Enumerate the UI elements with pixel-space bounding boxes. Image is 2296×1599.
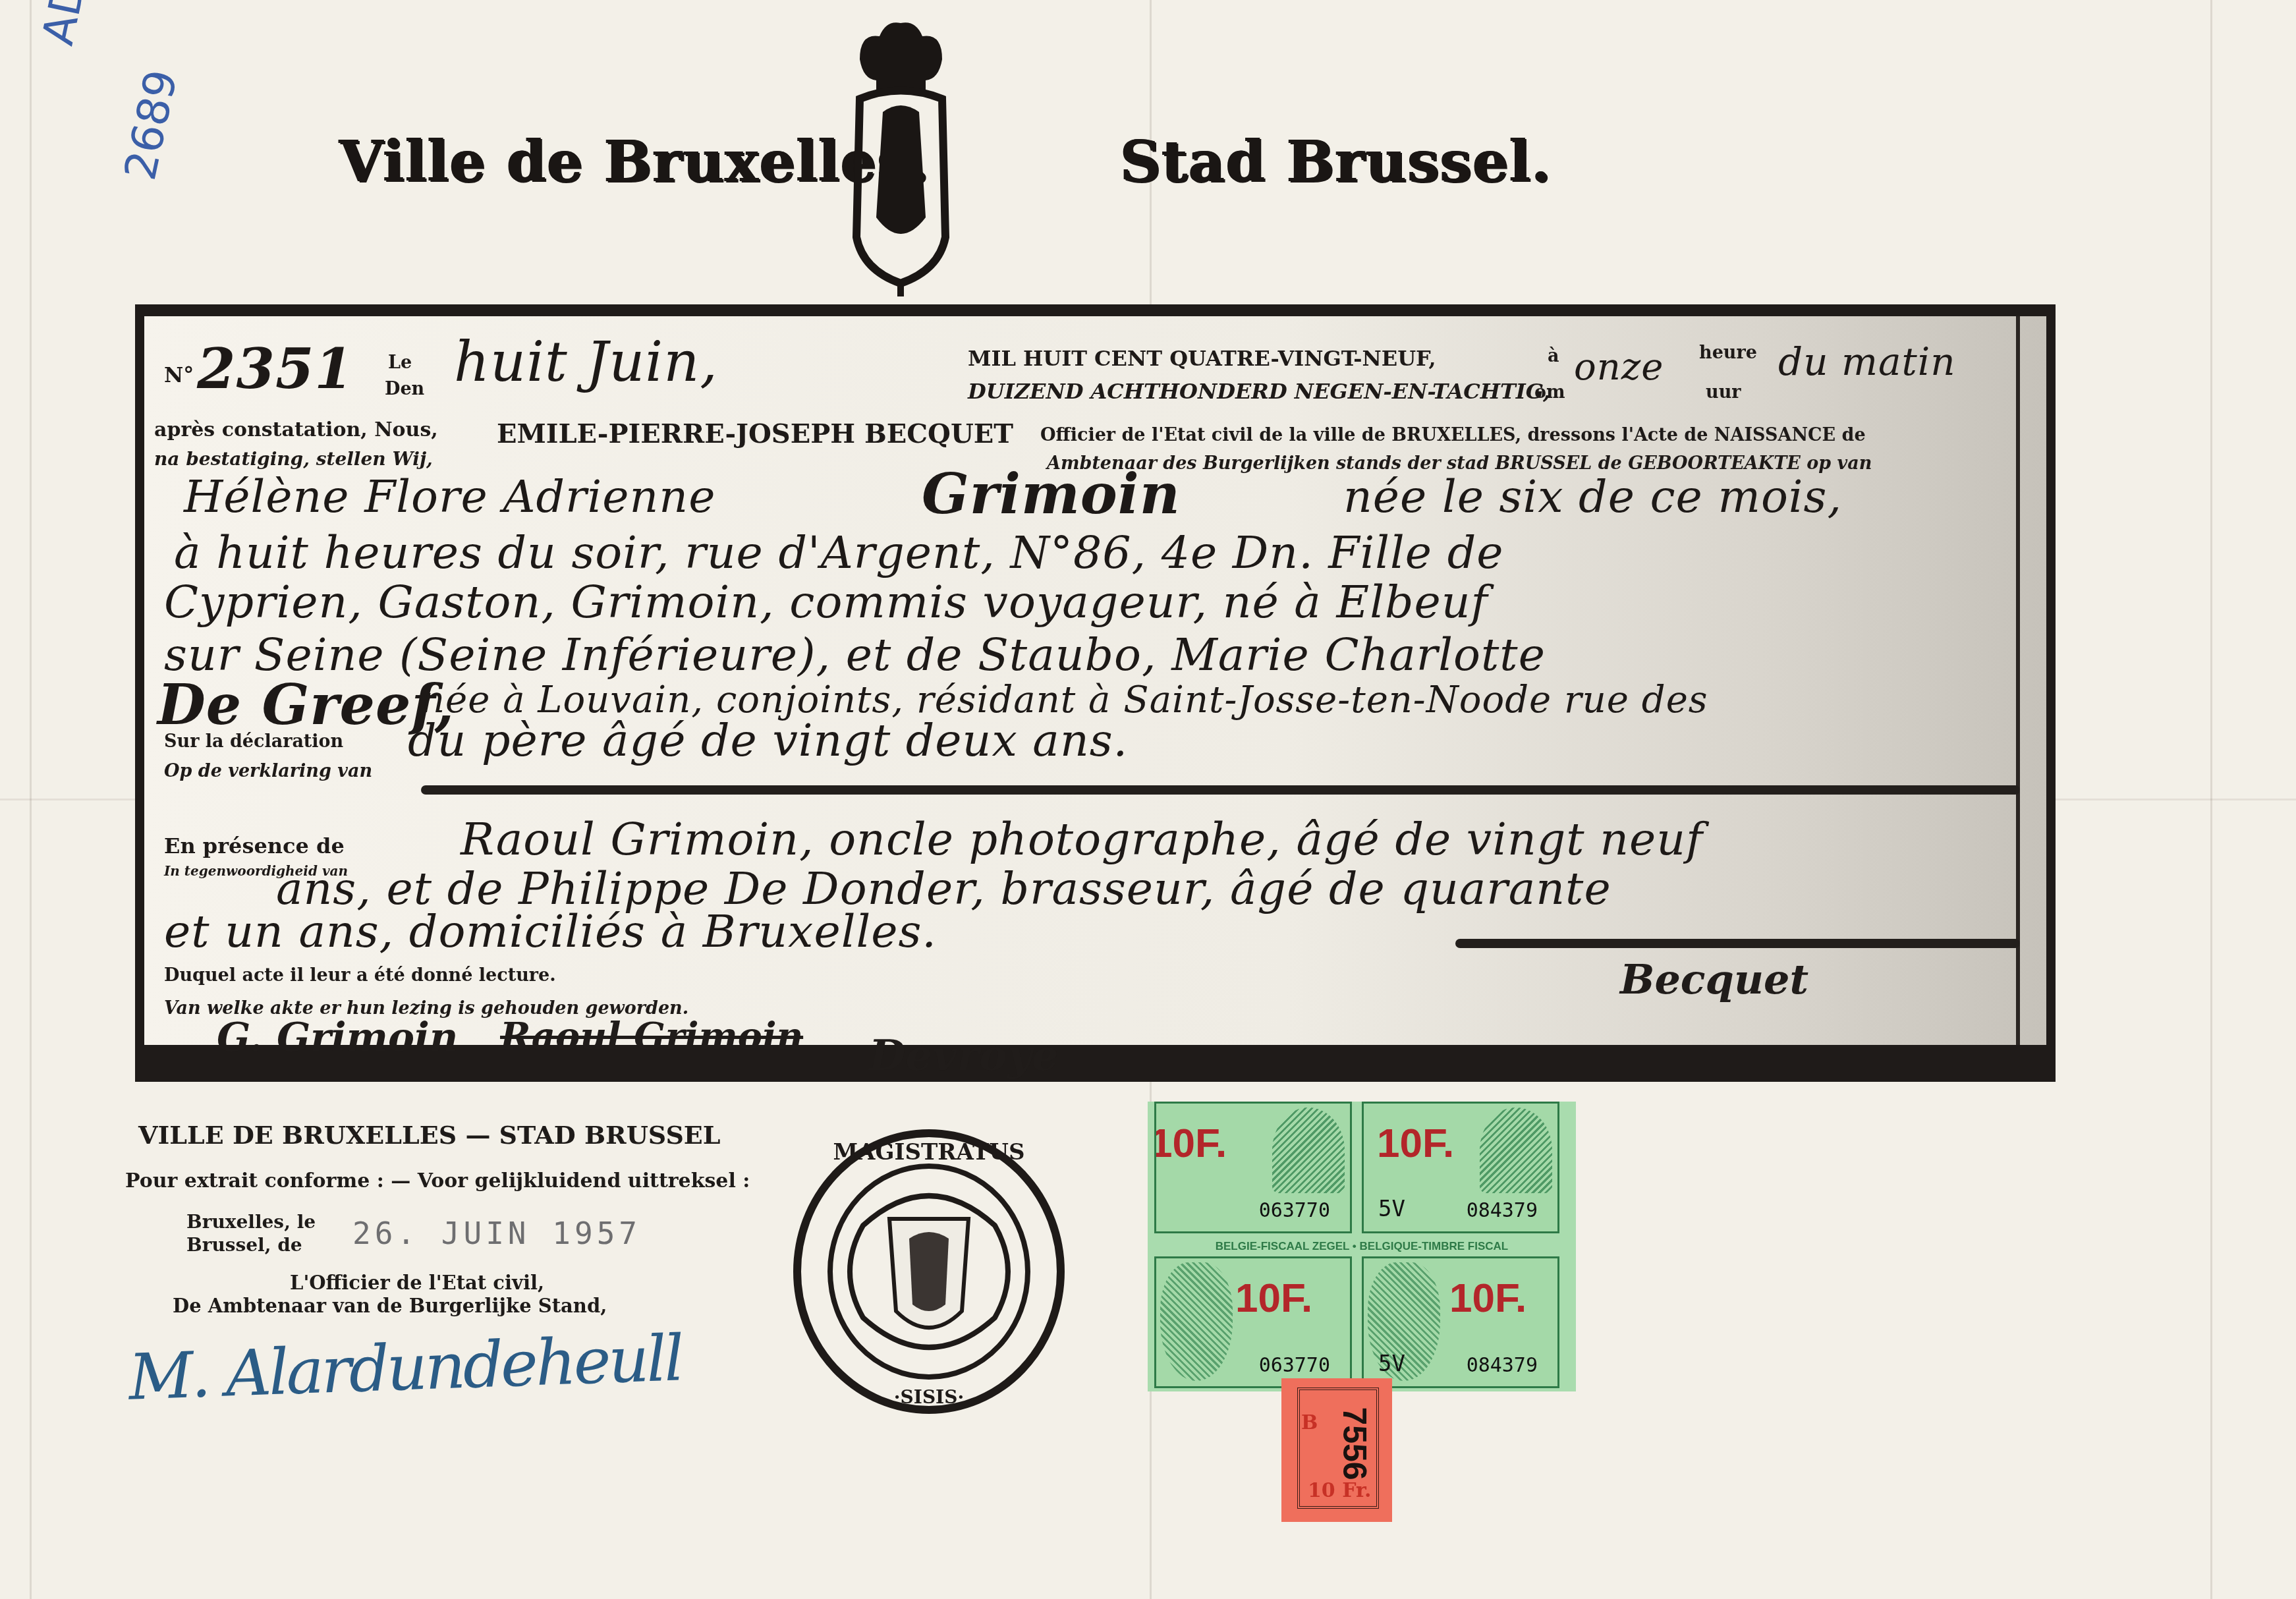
stamp-value: 10F. [1377,1120,1454,1167]
header-title-french: Ville de Bruxelles. [339,128,930,195]
act-number-label: N° [164,362,194,387]
signature-officer: Becquet [1620,955,1808,1003]
certification-place-fr: Bruxelles, le [186,1211,316,1233]
child-given-names: Hélène Flore Adrienne [184,471,715,523]
stamp-serial: 084379 [1467,1199,1538,1222]
frame-rule [2016,316,2020,1045]
certification-officer-fr: L'Officier de l'Etat civil, [290,1272,544,1294]
after-constatation-nl: na bestatiging, stellen Wij, [154,448,433,470]
stamp-value: 10 Fr. [1308,1479,1371,1502]
section-rule [421,785,2020,795]
certification-conform: Pour extrait conforme : — Voor gelijklui… [125,1169,750,1192]
fiscal-legend: BELGIE-FISCAAL ZEGEL • BELGIQUE-TIMBRE F… [1148,1240,1576,1253]
after-constatation-fr: après constatation, Nous, [154,418,438,441]
birth-act-photocopy: N° 2351 Le Den huit Juin, MIL HUIT CENT … [135,304,2056,1082]
registrar-signature: M. Alardundeheull [127,1321,683,1414]
declaration-label-nl: Op de verklaring van [164,761,372,781]
city-revenue-stamp: B 10 Fr. 7556 [1281,1378,1392,1522]
svg-text:MAGISTRATUS: MAGISTRATUS [833,1139,1024,1165]
act-hour: onze [1574,346,1664,389]
signature-witness-1: Raoul Grimoin [500,1015,803,1058]
reading-fr: Duquel acte il leur a été donné lecture. [164,965,556,986]
signature-father: G. Grimoin [217,1015,458,1061]
officer-name: EMILE-PIERRE-JOSEPH BECQUET [497,418,1013,449]
fiscal-stamp: 10F. 5V 084379 [1362,1256,1559,1388]
witness-line-3: et un ans, domiciliés à Bruxelles. [164,906,937,958]
archive-reference-number: 2689 [119,67,184,184]
heure-label: heure [1699,343,1757,363]
stamp-series: 5V [1378,1196,1405,1222]
lion-engraving [1160,1262,1233,1381]
coat-of-arms-icon [847,20,955,296]
fiscal-stamp-block: 10F. 063770 10F. 5V 084379 BELGIE-FISCAA… [1148,1102,1576,1391]
act-day: huit Juin, [454,329,718,394]
den-label: Den [385,379,424,399]
act-period: du matin [1778,339,1956,384]
declarant: du père âgé de vingt deux ans. [408,715,1128,767]
portrait-engraving [1480,1108,1552,1193]
year-dutch: DUIZEND ACHTHONDERD NEGEN-EN-TACHTIG, [968,379,1550,404]
stamp-letter: B [1301,1411,1318,1434]
uur-label: uur [1706,382,1741,403]
witness-line-1: Raoul Grimoin, oncle photographe, âgé de… [461,814,1703,866]
archive-reference-prefix: AD [36,0,92,49]
time-label-fr: à [1548,346,1559,366]
certification-title: VILLE DE BRUXELLES — STAD BRUSSEL [138,1120,721,1150]
certification-officer-nl: De Ambtenaar van de Burgerlijke Stand, [173,1295,607,1317]
section-rule [1455,939,2020,948]
officer-line-fr: Officier de l'Etat civil de la ville de … [1040,425,1866,445]
stamp-serial: 063770 [1259,1199,1330,1222]
portrait-engraving [1272,1108,1345,1193]
fiscal-stamp: 10F. 5V 084379 [1362,1102,1559,1233]
stamp-value: 10F. [1154,1120,1227,1167]
stamp-value: 10F. [1449,1275,1526,1322]
stamp-serial: 063770 [1259,1354,1330,1377]
le-label: Le [388,352,412,373]
year-french: MIL HUIT CENT QUATRE-VINGT-NEUF, [968,346,1436,371]
stamp-series: 5V [1378,1351,1405,1377]
child-surname: Grimoin [922,461,1181,526]
birth-place-line: à huit heures du soir, rue d'Argent, N°8… [174,527,1503,579]
birth-date-line: née le six de ce mois, [1343,471,1842,523]
fiscal-stamp: 10F. 063770 [1154,1102,1352,1233]
city-seal-icon: MAGISTRATUS ·SISIS· [791,1127,1067,1417]
signature-witness-2: Devroye [869,1031,1059,1080]
stamp-number: 7556 [1335,1407,1373,1480]
act-number: 2351 [197,336,354,401]
header-title-dutch: Stad Brussel. [1120,128,1552,195]
svg-text:·SISIS·: ·SISIS· [894,1386,964,1408]
declaration-label-fr: Sur la déclaration [164,731,343,752]
date-stamp: 26. JUIN 1957 [352,1216,641,1251]
stamp-serial: 084379 [1467,1354,1538,1377]
stamp-value: 10F. [1235,1275,1312,1322]
time-label-nl: om [1534,382,1565,403]
presence-label-fr: En présence de [164,833,345,858]
father-line: Cyprien, Gaston, Grimoin, commis voyageu… [164,576,1488,629]
certification-place-nl: Brussel, de [186,1234,302,1256]
fiscal-stamp: 10F. 063770 [1154,1256,1352,1388]
